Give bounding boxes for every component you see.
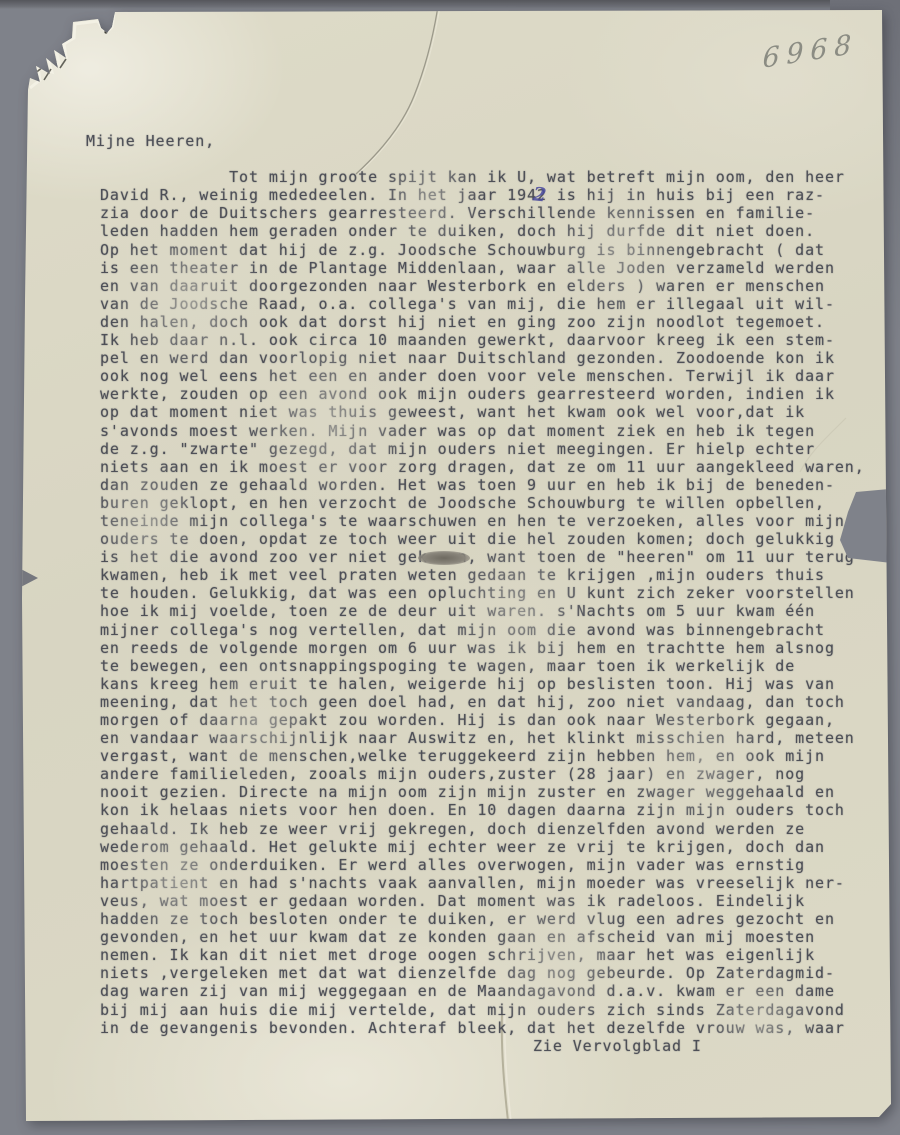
letter-sheet: Mijne Heeren, Tot mijn groote spijt kan … (0, 0, 900, 1135)
ink-smudge (418, 551, 470, 565)
typewritten-text: Mijne Heeren, Tot mijn groote spijt kan … (100, 132, 890, 1055)
tear-dark-speck (104, 30, 107, 33)
continuation-note: Zie Vervolgblad I (100, 1037, 890, 1055)
handwritten-year-digit: 2 (532, 183, 547, 206)
photo-backdrop: { "annotations": { "catalog_number": "69… (0, 0, 900, 1135)
letter-sheet-wrapper: Mijne Heeren, Tot mijn groote spijt kan … (0, 0, 900, 1135)
letter-body: Tot mijn groote spijt kan ik U, wat betr… (100, 168, 890, 1037)
handwritten-catalog-number: 6968 (762, 28, 858, 75)
torn-edge-highlight (30, 14, 114, 88)
salutation: Mijne Heeren, (86, 132, 890, 150)
left-edge-tear-notch (0, 552, 45, 602)
blank-line (100, 150, 890, 168)
tear-shadow-marks (34, 59, 66, 80)
